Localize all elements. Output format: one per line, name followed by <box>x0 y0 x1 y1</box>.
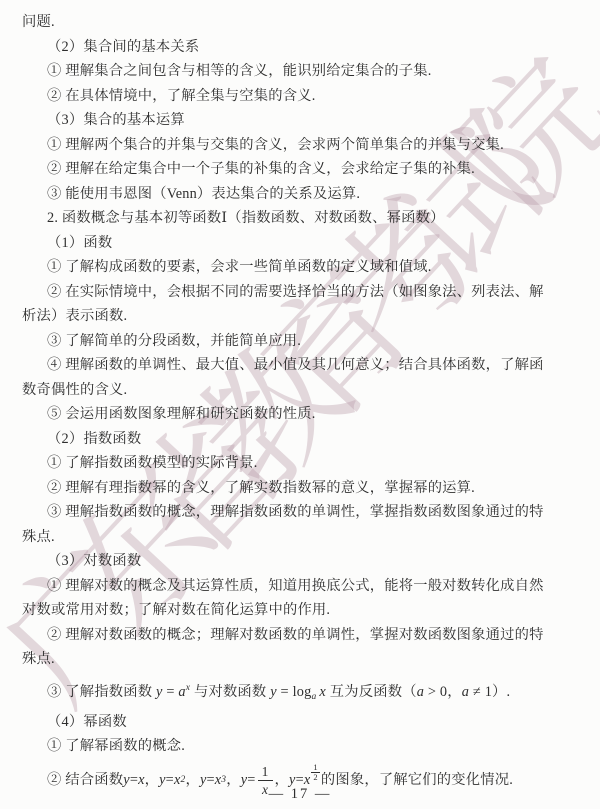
doc-heading-line: （3）对数函数 <box>22 549 542 574</box>
doc-line: 殊点. <box>22 525 542 550</box>
doc-line: ③ 了解简单的分段函数，并能简单应用. <box>22 329 542 354</box>
doc-line: 对数或常用对数；了解对数在简化运算中的作用. <box>22 598 542 623</box>
doc-line: ④ 理解函数的单调性、最大值、最小值及其几何意义；结合具体函数，了解函 <box>22 353 542 378</box>
math-subscript: a <box>311 692 316 702</box>
doc-heading-line: （3）集合的基本运算 <box>22 108 542 133</box>
page-number: — 17 — <box>0 786 600 803</box>
math-var: a <box>462 683 469 699</box>
doc-line: 问题. <box>22 10 542 35</box>
doc-line: 析法）表示函数. <box>22 304 542 329</box>
math-op: = <box>277 683 293 699</box>
doc-line: ① 理解对数的概念及其运算性质，知道用换底公式，能将一般对数转化成自然 <box>22 574 542 599</box>
doc-line: 数奇偶性的含义. <box>22 378 542 403</box>
math-text: 互为反函数（ <box>326 683 417 699</box>
doc-heading-line: （2）指数函数 <box>22 427 542 452</box>
doc-heading-line: （2）集合间的基本关系 <box>22 35 542 60</box>
doc-line: ⑤ 会运用函数图象理解和研究函数的性质. <box>22 402 542 427</box>
fraction-numerator: 1 <box>258 764 273 782</box>
doc-line: ② 理解对数函数的概念；理解对数函数的单调性，掌握对数函数图象通过的特 <box>22 623 542 648</box>
document-page: 广东省教育考试院 问题. （2）集合间的基本关系 ① 理解集合之间包含与相等的含… <box>0 0 600 809</box>
doc-line: ① 了解幂函数的概念. <box>22 734 542 759</box>
doc-line: ③ 能使用韦恩图（Venn）表达集合的关系及运算. <box>22 182 542 207</box>
math-cond: > 0， <box>424 683 462 699</box>
doc-line: ① 了解构成函数的要素，会求一些简单函数的定义域和值域. <box>22 255 542 280</box>
math-text: 与对数函数 <box>190 683 270 699</box>
doc-line-inverse-function: ③ 了解指数函数 y = ax 与对数函数 y = logax 互为反函数（a … <box>22 676 542 710</box>
doc-line: ③ 理解指数函数的概念，理解指数函数的单调性，掌握指数函数图象通过的特 <box>22 500 542 525</box>
doc-line: ① 理解两个集合的并集与交集的含义，会求两个简单集合的并集与交集. <box>22 133 542 158</box>
document-body: 问题. （2）集合间的基本关系 ① 理解集合之间包含与相等的含义，能识别给定集合… <box>22 10 542 801</box>
doc-line: ② 在实际情境中，会根据不同的需要选择恰当的方法（如图象法、列表法、解 <box>22 280 542 305</box>
fraction-numerator: 1 <box>311 763 319 773</box>
doc-heading-line: 2. 函数概念与基本初等函数Ⅰ（指数函数、对数函数、幂函数） <box>22 206 542 231</box>
math-cond: ≠ 1）. <box>469 683 510 699</box>
doc-line: ② 理解在给定集合中一个子集的补集的含义，会求给定子集的补集. <box>22 157 542 182</box>
doc-heading-line: （1）函数 <box>22 231 542 256</box>
math-var: a <box>178 683 185 699</box>
math-var: a <box>417 683 424 699</box>
doc-heading-line: （4）幂函数 <box>22 710 542 735</box>
math-text: ③ 了解指数函数 <box>47 683 156 699</box>
doc-line: 殊点. <box>22 647 542 672</box>
doc-line: ② 在具体情境中，了解全集与空集的含义. <box>22 84 542 109</box>
math-op: = <box>163 683 179 699</box>
math-log: log <box>293 683 312 699</box>
math-exponent-fraction: 12 <box>311 763 319 782</box>
doc-line: ② 理解有理指数幂的含义，了解实数指数幂的意义，掌握幂的运算. <box>22 476 542 501</box>
doc-line: ① 理解集合之间包含与相等的含义，能识别给定集合的子集. <box>22 59 542 84</box>
doc-line: ① 了解指数函数模型的实际背景. <box>22 451 542 476</box>
fraction-denominator: 2 <box>313 773 317 782</box>
